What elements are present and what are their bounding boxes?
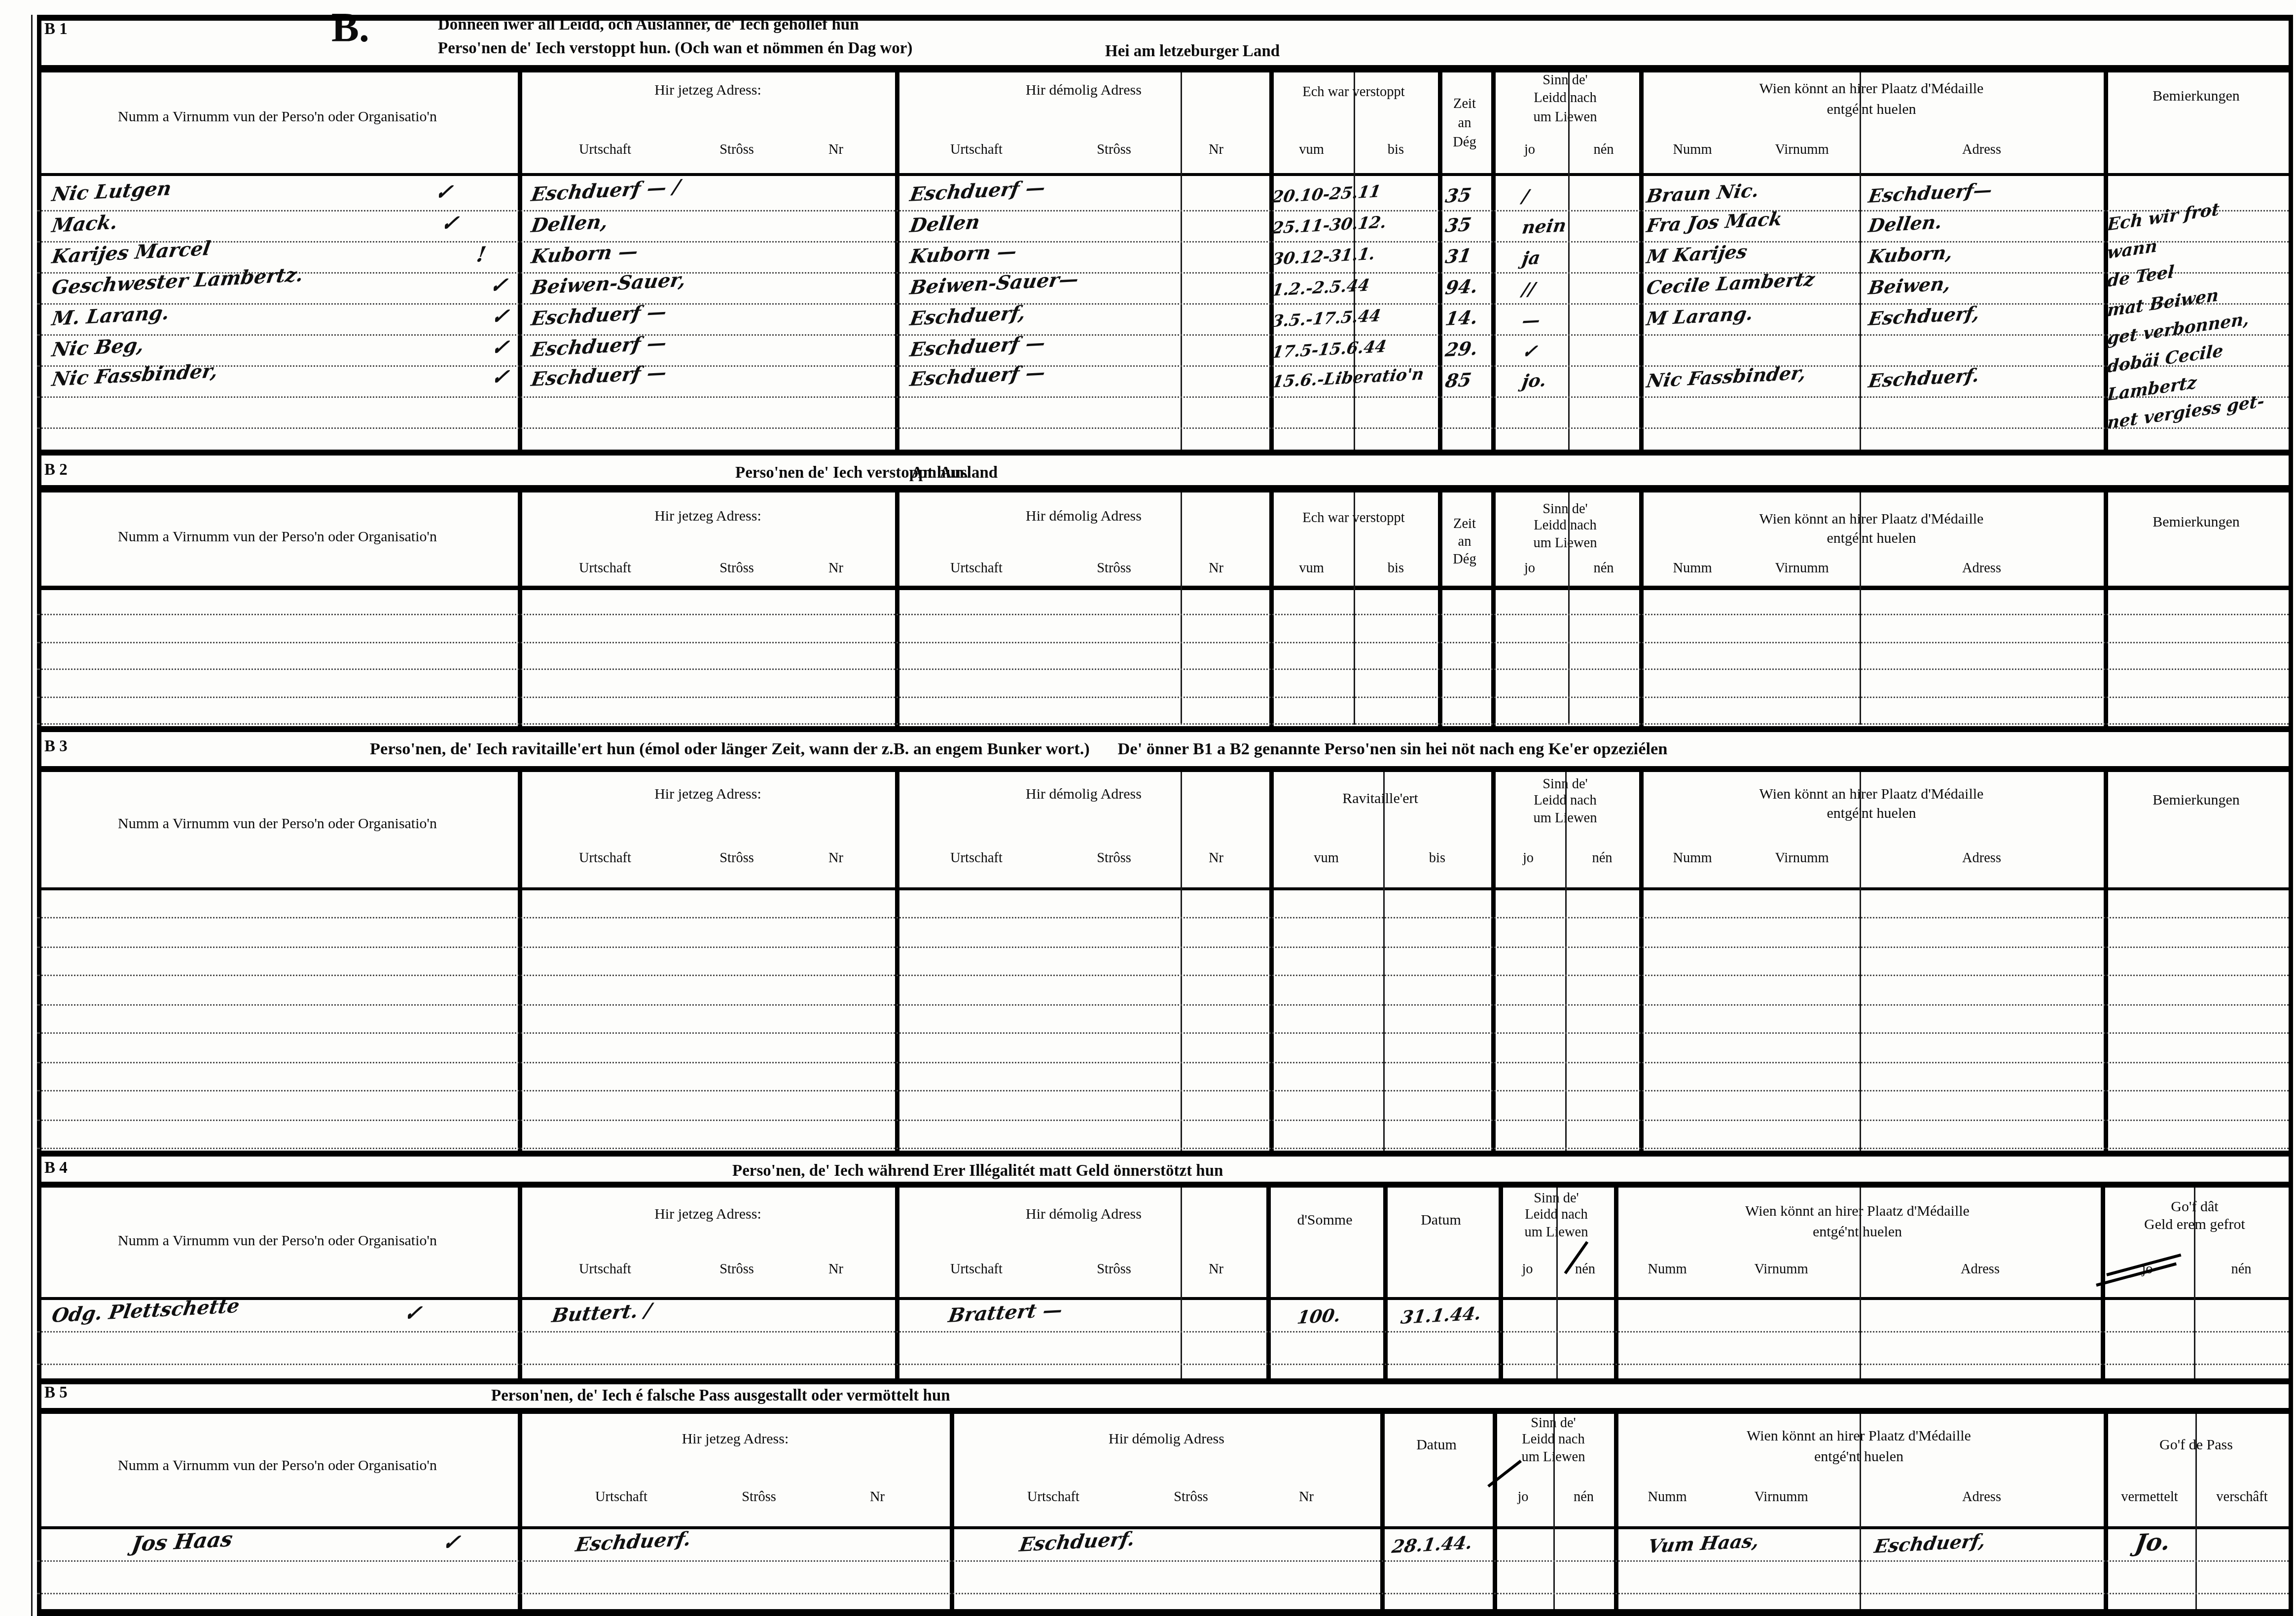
table-rule-horizontal	[37, 1378, 2289, 1384]
table-rule-vertical-thin	[1181, 72, 1182, 449]
b2-wien-virnumm: Virnumm	[1749, 562, 1855, 578]
b3-sinn-jo: jo	[1491, 852, 1565, 868]
table-rule-vertical	[895, 1182, 899, 1384]
table-rule-vertical-thin	[1860, 1188, 1861, 1378]
b1-bemierkungen-line: Ech wir frot	[2107, 201, 2220, 234]
section-b4-label: B 4	[44, 1159, 68, 1178]
b1-row2-demolig: Kuborn —	[908, 243, 1018, 268]
table-rule-horizontal	[37, 1150, 2289, 1157]
table-rule-horizontal	[37, 449, 2289, 455]
b1-row6-name: Nic Fassbinder,	[50, 363, 219, 391]
b1-row3-period: 1.2.-2.5.44	[1271, 277, 1370, 298]
b1-row3-alive: //	[1521, 280, 1537, 298]
b5-wien-virnumm: Virnumm	[1728, 1491, 1834, 1507]
b5-sinn-jo: jo	[1493, 1491, 1553, 1507]
b2-wien-adress: Adress	[1860, 562, 2104, 578]
section-b2-label: B 2	[44, 461, 68, 480]
b3-sinn-nen: nén	[1565, 852, 1639, 868]
row-dotted-line	[37, 1148, 2289, 1149]
b5-pass-verschaft: verschâft	[2195, 1491, 2289, 1507]
b2-col-wien-1: Wien könnt an hirer Plaatz d'Médaille	[1639, 512, 2104, 528]
b1-demolig-nr: Nr	[1184, 143, 1249, 159]
row-dotted-line	[37, 1331, 2289, 1333]
b1-row2-period: 30.12-31.1.	[1271, 246, 1376, 267]
b4-col-name: Numm a Virnumm vun der Perso'n oder Orga…	[37, 1233, 518, 1250]
b4-wien-numm: Numm	[1620, 1263, 1715, 1279]
table-rule-vertical	[950, 1408, 954, 1616]
table-rule-horizontal	[37, 1526, 2289, 1530]
b4-col-demolig: Hir démolig Adress	[898, 1207, 1269, 1224]
row-dotted-line	[37, 1032, 2289, 1034]
table-rule-horizontal	[37, 1408, 2289, 1414]
b1-col-bem: Bemierkungen	[2104, 89, 2289, 105]
b1-col-sinn-2: Leidd nach	[1491, 92, 1639, 107]
b1-row2-m_name: M Karijes	[1645, 244, 1749, 268]
b1-sinn-jo: jo	[1491, 143, 1568, 159]
form-sheet: B 1 B. Donnéen iwer all Leidd, och Auslä…	[0, 0, 2296, 1616]
b3-jetzeg-stross: Strôss	[692, 852, 781, 868]
b1-row3-days: 94.	[1444, 278, 1479, 298]
b4-col-wien-2: entgé'nt huelen	[1614, 1225, 2101, 1241]
section-b-letter: B.	[331, 6, 369, 52]
table-rule-vertical-thin	[31, 15, 33, 1616]
b1-row5-jetzeg: Eschduerf —	[530, 334, 668, 360]
table-rule-vertical	[1499, 1182, 1503, 1384]
table-rule-vertical-thin	[1553, 1414, 1555, 1609]
b1-row1-days: 35	[1444, 216, 1472, 237]
b1-row0-m_adress: Eschduerf—	[1867, 180, 1993, 206]
row-dotted-line	[37, 427, 2289, 428]
table-rule-vertical-thin	[1181, 1188, 1182, 1378]
b1-row1-period: 25.11-30.12.	[1271, 214, 1388, 236]
b1-row5-checkmark: ✓	[490, 337, 510, 358]
b1-row2-checkmark: !	[475, 245, 487, 266]
b1-sinn-nen: nén	[1568, 143, 1639, 159]
b5-pass-vermettelt: vermettelt	[2104, 1491, 2195, 1507]
row-dotted-line	[37, 211, 2289, 212]
b2-title-note: Am Ausland	[911, 464, 998, 483]
b1-title-line2: Perso'nen de' Iech verstoppt hun. (Och w…	[438, 40, 912, 58]
section-b5-label: B 5	[44, 1384, 68, 1403]
b2-col-demolig: Hir démolig Adress	[898, 509, 1269, 526]
b1-row4-m_name: M Larang.	[1645, 305, 1755, 329]
b1-row0-jetzeg: Eschduerf — /	[530, 178, 682, 206]
row-dotted-line	[37, 614, 2289, 615]
b5-col-datum: Datum	[1380, 1438, 1493, 1454]
b5-row0-datum: 28.1.44.	[1391, 1534, 1473, 1556]
table-rule-vertical-thin	[1860, 72, 1861, 449]
b1-jetzeg-nr: Nr	[803, 143, 868, 159]
b1-row3-m_adress: Beiwen,	[1867, 275, 1952, 298]
table-rule-vertical	[518, 1408, 522, 1616]
table-rule-vertical	[1383, 1182, 1387, 1384]
b1-row3-m_name: Cecile Lambertz	[1645, 271, 1816, 298]
table-rule-vertical	[518, 766, 522, 1157]
b2-wien-numm: Numm	[1645, 562, 1740, 578]
b1-demolig-urtschaft: Urtschaft	[917, 143, 1036, 159]
table-rule-vertical	[1639, 485, 1643, 732]
row-dotted-line	[37, 723, 2289, 725]
table-rule-vertical-thin	[1565, 772, 1567, 1150]
b1-row0-name: Nic Lutgen	[50, 180, 173, 206]
b3-jetzeg-nr: Nr	[803, 852, 868, 868]
b1-row2-m_adress: Kuborn,	[1867, 245, 1954, 268]
b5-demolig-stross: Strôss	[1139, 1491, 1243, 1507]
b1-col-sinn-1: Sinn de'	[1491, 74, 1639, 90]
b1-wien-numm: Numm	[1645, 143, 1740, 159]
row-dotted-line	[37, 396, 2289, 397]
table-rule-vertical	[2289, 15, 2293, 1616]
b1-row3-checkmark: ✓	[488, 275, 509, 297]
b1-row4-period: 3.5.-17.5.44	[1271, 307, 1382, 329]
b1-row1-alive: nein	[1521, 216, 1568, 237]
b1-row6-jetzeg: Eschduerf —	[530, 364, 668, 391]
b4-wien-adress: Adress	[1860, 1263, 2101, 1279]
b3-col-jetzeg: Hir jetzeg Adress:	[521, 787, 895, 804]
b3-col-wien-2: entgé'nt huelen	[1639, 806, 2104, 823]
b5-col-demolig: Hir démolig Adress	[953, 1432, 1380, 1448]
b2-col-zeit-2: an	[1438, 535, 1491, 551]
b1-row4-m_adress: Eschduerf,	[1867, 305, 1981, 329]
b1-row5-days: 29.	[1444, 340, 1479, 360]
b4-col-datum: Datum	[1383, 1213, 1499, 1230]
table-rule-vertical-thin	[1860, 492, 1861, 725]
table-rule-horizontal	[37, 485, 2289, 492]
table-rule-vertical	[1493, 1408, 1497, 1616]
b1-row2-days: 31	[1444, 247, 1472, 268]
b5-row0-jetzeg: Eschduerf.	[574, 1530, 692, 1556]
b3-col-demolig: Hir démolig Adress	[898, 787, 1269, 804]
b5-col-wien-2: entgé'nt huelen	[1614, 1449, 2104, 1466]
table-rule-horizontal	[37, 1182, 2289, 1188]
b1-row6-m_adress: Eschduerf.	[1867, 367, 1980, 391]
b1-row1-name: Mack.	[50, 213, 119, 236]
b2-demolig-nr: Nr	[1184, 562, 1249, 578]
b3-title-part2: De' önner B1 a B2 genannte Perso'nen sin…	[1117, 741, 1667, 759]
b1-row1-demolig: Dellen	[908, 213, 981, 237]
b3-col-name: Numm a Virnumm vun der Perso'n oder Orga…	[37, 816, 518, 833]
b2-demolig-stross: Strôss	[1070, 562, 1158, 578]
b2-jetzeg-urtschaft: Urtschaft	[546, 562, 664, 578]
b1-row3-jetzeg: Beiwen-Sauer,	[530, 271, 687, 298]
b3-wien-numm: Numm	[1645, 852, 1740, 868]
b1-row5-demolig: Eschduerf —	[908, 334, 1046, 360]
b1-row1-m_name: Fra Jos Mack	[1645, 211, 1783, 236]
b3-ravit-bis: bis	[1383, 852, 1491, 868]
b2-col-wien-2: entgé'nt huelen	[1639, 531, 2104, 548]
table-rule-vertical-thin	[2195, 1414, 2197, 1609]
table-rule-vertical	[1266, 1182, 1270, 1384]
b1-row1-jetzeg: Dellen,	[530, 213, 609, 236]
b1-col-jetzeg: Hir jetzeg Adress:	[521, 83, 895, 100]
b2-col-zeit-1: Zeit	[1438, 518, 1491, 533]
b1-row4-name: M. Larang.	[50, 304, 171, 329]
b3-demolig-stross: Strôss	[1070, 852, 1158, 868]
b5-sinn-nen: nén	[1553, 1491, 1614, 1507]
b2-col-name: Numm a Virnumm vun der Perso'n oder Orga…	[37, 529, 518, 546]
b1-row0-m_name: Braun Nic.	[1645, 181, 1760, 206]
b1-row0-alive: /	[1521, 187, 1530, 206]
row-dotted-line	[37, 975, 2289, 976]
b1-col-zeit-3: Dég	[1438, 136, 1491, 152]
b5-demolig-urtschaft: Urtschaft	[994, 1491, 1112, 1507]
b1-wien-adress: Adress	[1860, 143, 2104, 159]
b1-bemierkungen-line: de Teel	[2107, 264, 2175, 291]
b5-jetzeg-urtschaft: Urtschaft	[562, 1491, 681, 1507]
b1-jetzeg-urtschaft: Urtschaft	[546, 143, 664, 159]
b5-row0-checkmark: ✓	[441, 1533, 462, 1554]
b2-demolig-urtschaft: Urtschaft	[917, 562, 1036, 578]
b4-demolig-nr: Nr	[1184, 1263, 1249, 1279]
b1-row2-jetzeg: Kuborn —	[530, 243, 639, 268]
b3-demolig-urtschaft: Urtschaft	[917, 852, 1036, 868]
section-b3-label: B 3	[44, 738, 68, 756]
b1-row5-period: 17.5-15.6.44	[1271, 338, 1388, 360]
b1-wien-virnumm: Virnumm	[1749, 143, 1855, 159]
b1-row0-days: 35	[1444, 185, 1472, 206]
b5-wien-numm: Numm	[1620, 1491, 1715, 1507]
b3-demolig-nr: Nr	[1184, 852, 1249, 868]
b5-row0-m_name: Vum Haas,	[1647, 1531, 1760, 1556]
b1-row4-days: 14.	[1444, 309, 1479, 329]
b1-row6-alive: jo.	[1521, 372, 1548, 391]
b4-row0-somme: 100.	[1296, 1306, 1342, 1327]
row-dotted-line	[37, 917, 2289, 918]
row-dotted-line	[37, 1560, 2289, 1562]
b2-jetzeg-nr: Nr	[803, 562, 868, 578]
b3-title-part1: Perso'nen, de' Iech ravitaille'ert hun (…	[370, 741, 1090, 759]
table-rule-vertical	[1491, 485, 1495, 732]
b2-sinn-jo: jo	[1491, 562, 1568, 578]
b4-demolig-urtschaft: Urtschaft	[917, 1263, 1036, 1279]
b1-row3-demolig: Beiwen-Sauer—	[908, 270, 1079, 298]
b2-col-sinn-1: Sinn de'	[1491, 503, 1639, 519]
b5-row0-m_adress: Eschduerf,	[1873, 1531, 1987, 1556]
b4-title: Perso'nen, de' Iech während Erer Illégal…	[732, 1162, 1223, 1181]
b3-col-ravitailleert: Ravitaille'ert	[1269, 791, 1491, 808]
b1-title-note: Hei am letzeburger Land	[1105, 43, 1280, 61]
b1-row4-alive: —	[1521, 311, 1542, 329]
table-rule-vertical-thin	[1568, 72, 1570, 449]
b5-col-name: Numm a Virnumm vun der Perso'n oder Orga…	[37, 1458, 518, 1475]
b4-demolig-stross: Strôss	[1070, 1263, 1158, 1279]
b4-row0-demolig: Brattert —	[947, 1301, 1064, 1327]
b1-col-name: Numm a Virnumm vun der Perso'n oder Orga…	[37, 109, 518, 126]
b4-wien-virnumm: Virnumm	[1728, 1263, 1834, 1279]
b1-col-demolig: Hir démolig Adress	[898, 83, 1269, 100]
table-rule-vertical-thin	[1860, 772, 1861, 1150]
b5-wien-adress: Adress	[1860, 1491, 2104, 1507]
b3-col-wien-1: Wien könnt an hirer Plaatz d'Médaille	[1639, 787, 2104, 804]
table-rule-vertical	[1380, 1408, 1384, 1616]
b1-bemierkungen-line: dobäi Cecile	[2107, 343, 2224, 376]
b1-row6-m_name: Nic Fassbinder,	[1645, 364, 1807, 391]
b2-col-sinn-2: Leidd nach	[1491, 519, 1639, 535]
b1-row0-demolig: Eschduerf —	[908, 179, 1046, 206]
b1-row1-checkmark: ✓	[439, 213, 460, 235]
b1-col-zeit-2: an	[1438, 117, 1491, 133]
row-dotted-line	[37, 1593, 2289, 1594]
table-rule-horizontal	[37, 15, 2289, 20]
b4-jetzeg-urtschaft: Urtschaft	[546, 1263, 664, 1279]
b1-col-sinn-3: um Liewen	[1491, 111, 1639, 127]
table-rule-vertical	[2104, 1408, 2108, 1616]
table-rule-horizontal	[37, 887, 2289, 891]
table-rule-vertical	[1614, 1182, 1618, 1384]
row-dotted-line	[37, 668, 2289, 670]
table-rule-vertical	[2104, 766, 2108, 1157]
b4-jetzeg-nr: Nr	[803, 1263, 868, 1279]
row-dotted-line	[37, 1364, 2289, 1365]
b4-col-somme: d'Somme	[1266, 1213, 1383, 1230]
table-rule-vertical	[1614, 1408, 1618, 1616]
table-rule-vertical-thin	[1556, 1188, 1558, 1378]
b1-row2-name: Karijes Marcel	[50, 240, 212, 267]
row-dotted-line	[37, 696, 2289, 698]
b1-col-zeit-1: Zeit	[1438, 98, 1491, 113]
b1-verstoppt-vum: vum	[1269, 143, 1354, 159]
b4-row0-name: Odg. Plettschette	[50, 1298, 241, 1327]
row-dotted-line	[37, 334, 2289, 336]
b1-col-wien-2: entgé'nt huelen	[1639, 102, 2104, 119]
b2-verstoppt-bis: bis	[1354, 562, 1438, 578]
b1-row4-demolig: Eschduerf,	[908, 304, 1027, 329]
b4-geld-nen: nén	[2194, 1263, 2289, 1279]
b5-title: Person'nen, de' Iech é falsche Pass ausg…	[491, 1387, 950, 1405]
table-rule-vertical-thin	[1181, 772, 1182, 1150]
table-rule-vertical	[895, 766, 899, 1157]
table-rule-horizontal	[37, 726, 2289, 732]
b2-col-zeit-3: Dég	[1438, 553, 1491, 569]
b3-col-bem: Bemierkungen	[2104, 793, 2289, 809]
table-rule-vertical	[2104, 485, 2108, 732]
table-rule-vertical	[1438, 485, 1442, 732]
table-rule-horizontal	[37, 65, 2289, 72]
b2-col-jetzeg: Hir jetzeg Adress:	[521, 509, 895, 526]
b1-jetzeg-stross: Strôss	[692, 143, 781, 159]
table-rule-vertical	[895, 485, 899, 732]
table-rule-vertical-thin	[2194, 1188, 2195, 1378]
table-rule-vertical-thin	[1181, 492, 1182, 725]
b1-row0-checkmark: ✓	[433, 182, 454, 204]
b1-row3-name: Geschwester Lambertz.	[50, 266, 304, 298]
b4-col-jetzeg: Hir jetzeg Adress:	[521, 1207, 895, 1224]
table-rule-vertical-thin	[1354, 492, 1355, 725]
table-rule-vertical	[37, 15, 41, 1616]
b1-row5-alive: ✓	[1521, 342, 1539, 360]
b1-row5-name: Nic Beg,	[50, 336, 145, 360]
b5-demolig-nr: Nr	[1269, 1491, 1343, 1507]
row-dotted-line	[37, 641, 2289, 643]
b2-col-bem: Bemierkungen	[2104, 515, 2289, 531]
table-rule-horizontal	[37, 586, 2289, 590]
row-dotted-line	[37, 1119, 2289, 1121]
table-rule-vertical	[1269, 485, 1273, 732]
b4-row0-jetzeg: Buttert. /	[550, 1302, 653, 1327]
b2-verstoppt-vum: vum	[1269, 562, 1354, 578]
b3-title: Perso'nen, de' Iech ravitaille'ert hun (…	[370, 741, 1668, 760]
b4-row0-datum: 31.1.44.	[1399, 1304, 1482, 1327]
row-dotted-line	[37, 1090, 2289, 1091]
b5-jetzeg-stross: Strôss	[707, 1491, 811, 1507]
b3-wien-adress: Adress	[1860, 852, 2104, 868]
section-b1-label: B 1	[44, 21, 68, 39]
b1-row4-jetzeg: Eschduerf —	[530, 303, 668, 329]
b1-row1-m_adress: Dellen.	[1867, 214, 1943, 237]
table-rule-vertical	[1269, 766, 1273, 1157]
b1-col-wien-1: Wien könnt an hirer Plaatz d'Médaille	[1639, 81, 2104, 98]
b5-row0-name: Jos Haas	[130, 1530, 234, 1556]
b4-jetzeg-stross: Strôss	[692, 1263, 781, 1279]
b4-col-wien-1: Wien könnt an hirer Plaatz d'Médaille	[1614, 1204, 2101, 1221]
b4-sinn-jo: jo	[1499, 1263, 1556, 1279]
b5-jetzeg-nr: Nr	[840, 1491, 914, 1507]
b1-bemierkungen-line: wann	[2107, 239, 2158, 263]
table-rule-vertical	[1491, 766, 1495, 1157]
table-rule-vertical-thin	[1568, 492, 1570, 725]
table-rule-vertical-thin	[1383, 772, 1385, 1150]
b2-sinn-nen: nén	[1568, 562, 1639, 578]
b1-row4-checkmark: ✓	[490, 306, 510, 328]
table-rule-vertical	[518, 1182, 522, 1384]
table-rule-vertical	[518, 485, 522, 732]
b5-row0-demolig: Eschduerf.	[1018, 1530, 1136, 1556]
b5-col-wien-1: Wien könnt an hirer Plaatz d'Médaille	[1614, 1429, 2104, 1445]
b1-row0-period: 20.10-25.11	[1271, 183, 1382, 206]
b1-demolig-stross: Strôss	[1070, 143, 1158, 159]
b1-row6-checkmark: ✓	[490, 368, 510, 389]
b3-wien-virnumm: Virnumm	[1749, 852, 1855, 868]
row-dotted-line	[37, 1061, 2289, 1063]
b2-jetzeg-stross: Strôss	[692, 562, 781, 578]
b2-col-sinn-3: um Liewen	[1491, 537, 1639, 553]
b1-row6-demolig: Eschduerf —	[908, 364, 1046, 391]
table-rule-horizontal	[37, 1297, 2289, 1300]
table-rule-horizontal	[37, 173, 2289, 176]
table-rule-horizontal	[37, 1609, 2289, 1616]
b1-row2-alive: ja	[1521, 248, 1542, 267]
b3-ravit-vum: vum	[1269, 852, 1383, 868]
b1-row6-days: 85	[1444, 371, 1472, 391]
table-rule-vertical-thin	[1860, 1414, 1861, 1609]
b1-bemierkungen-line: Lambertz	[2107, 375, 2197, 405]
row-dotted-line	[37, 946, 2289, 948]
b5-row0-pass: Jo.	[2133, 1530, 2172, 1556]
b1-row6-period: 15.6.-Liberatio'n	[1271, 367, 1425, 391]
b3-jetzeg-urtschaft: Urtschaft	[546, 852, 664, 868]
b4-row0-checkmark: ✓	[402, 1303, 423, 1325]
b1-verstoppt-bis: bis	[1354, 143, 1438, 159]
table-rule-vertical	[1639, 766, 1643, 1157]
b5-col-jetzeg: Hir jetzeg Adress:	[521, 1432, 950, 1448]
row-dotted-line	[37, 1004, 2289, 1005]
table-rule-horizontal	[37, 766, 2289, 772]
